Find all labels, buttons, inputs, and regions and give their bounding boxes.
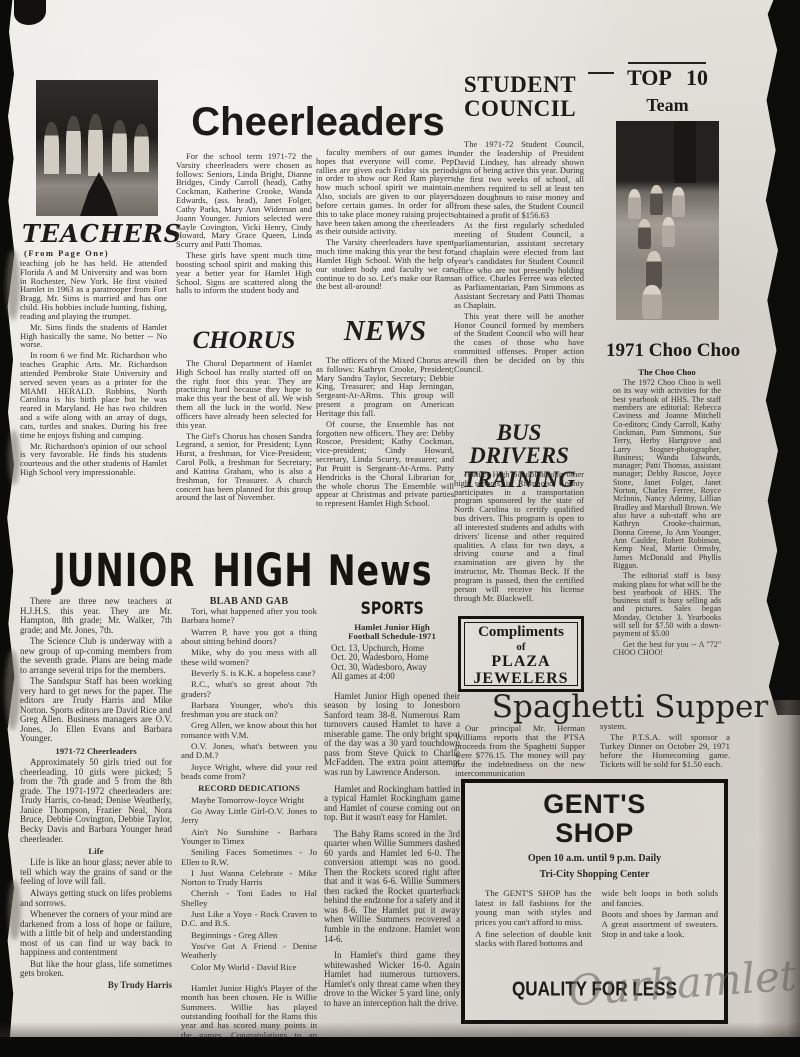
photo-figure xyxy=(112,120,127,172)
photo-figure xyxy=(628,189,641,219)
junior-paragraphs: Life is like an hour glass; never able t… xyxy=(20,858,172,978)
photo-figure xyxy=(650,185,663,215)
top10-team-photo xyxy=(616,121,719,320)
teachers-headline: TEACHERS xyxy=(22,219,164,248)
paragraph: A fine selection of double knit slacks w… xyxy=(475,930,592,949)
ad-line: PLAZA xyxy=(461,653,581,671)
headline-rule-fragment xyxy=(588,72,614,74)
junior-paragraphs: There are three new teachers at H.J.H.S.… xyxy=(20,597,172,744)
ad-line: of xyxy=(461,641,581,653)
paragraph: Hamlet and Rockingham battled in a typic… xyxy=(324,785,460,823)
top10-subheadline: Team xyxy=(615,95,720,116)
chorus-headline: CHORUS xyxy=(176,327,312,355)
plaza-jewelers-ad: Compliments of PLAZA JEWELERS xyxy=(458,616,584,692)
paragraph: But like the hour glass, life sometimes … xyxy=(20,960,172,979)
paragraph: system. xyxy=(600,722,730,731)
headline-rule xyxy=(628,62,706,64)
blab-and-gab-column: Tori, what happened after you took Barba… xyxy=(181,607,317,1051)
schedule-title: Football Schedule-1971 xyxy=(324,632,460,641)
junior-paragraphs: Approximately 50 girls tried out for che… xyxy=(20,758,172,844)
junior-high-news-headline: JUNIOR HIGH News xyxy=(25,549,457,592)
photo-figure xyxy=(662,217,675,247)
paragraph: The GENT'S SHOP has the latest in fall f… xyxy=(475,889,592,928)
junior-high-column: There are three new teachers at H.J.H.S.… xyxy=(20,597,172,990)
paragraph: At the first regularly scheduled meeting… xyxy=(454,221,584,309)
teachers-paragraphs: Mr. Sims finds the students of Hamlet Hi… xyxy=(20,323,167,477)
ad-line: JEWELERS xyxy=(461,670,581,688)
paragraph: The Varsity cheerleaders have spent much… xyxy=(316,238,454,291)
sports-column: Hamlet Junior High Football Schedule-197… xyxy=(324,620,460,1015)
teachers-group-photo xyxy=(36,80,158,216)
headline-word: HIGH xyxy=(213,544,314,596)
sports-paragraphs: Hamlet Junior High opened their season b… xyxy=(324,692,460,1008)
ink-smudge xyxy=(6,250,20,320)
paragraph: Barbara Younger, who's this freshman you… xyxy=(181,701,317,720)
cheerleaders-headline: Cheerleaders xyxy=(180,100,456,145)
choo-choo-subhead: The Choo Choo xyxy=(612,367,722,377)
spaghetti-column-1: Our principal Mr. Herman Williams report… xyxy=(455,724,585,780)
photo-figure xyxy=(66,116,81,174)
paragraph: Of course, the Ensemble has not forgotte… xyxy=(316,420,454,508)
photo-figure xyxy=(44,122,59,174)
record-dedications-subhead: RECORD DEDICATIONS xyxy=(181,784,317,793)
byline: By Trudy Harris xyxy=(20,981,172,991)
photo-figure xyxy=(642,285,662,319)
cheerleaders-column-2: faculty members of our games in hopes th… xyxy=(316,148,454,293)
paragraph: The 1971-72 Student Council, under the l… xyxy=(454,140,584,219)
paragraph: Warren P, have you got a thing about sit… xyxy=(181,628,317,647)
paragraph: The Science Club is underway with a new … xyxy=(20,637,172,675)
paragraph: Cherish - Toni Eades to Hal Shelley xyxy=(181,889,317,908)
paragraph: The P.T.S.A. will sponsor a Turkey Dinne… xyxy=(600,733,730,769)
teachers-kicker: (From Page One) xyxy=(22,248,166,258)
paragraph: These girls have spent much time boostin… xyxy=(176,251,312,295)
scan-shadow-bottom xyxy=(0,1022,800,1037)
paragraph: Maybe Tomorrow-Joyce Wright xyxy=(181,796,317,805)
photo-figure xyxy=(88,114,103,176)
ink-blot-top-left xyxy=(14,0,46,25)
spaghetti-supper-headline: Spaghetti Supper xyxy=(482,689,778,725)
paragraph: Color My World - David Rice xyxy=(181,963,317,972)
paragraph: Mr. Sims finds the students of Hamlet Hi… xyxy=(20,323,167,349)
teachers-article: teaching job he has held. He attended Fl… xyxy=(20,259,167,479)
gents-body: The GENT'S SHOP has the latest in fall f… xyxy=(475,889,718,951)
student-council-headline: STUDENT COUNCIL xyxy=(452,73,588,121)
paragraph: There are three new teachers at H.J.H.S.… xyxy=(20,597,172,635)
sports-headline-text: SPORTS xyxy=(360,598,423,619)
paragraph: You've Got A Friend - Denise Weatherly xyxy=(181,942,317,961)
gents-hours: Open 10 a.m. until 9 p.m. Daily xyxy=(465,853,724,864)
gents-column-2: wide belt loops in both solids and fanci… xyxy=(602,889,719,951)
paragraph: Always getting stuck on lifes problems a… xyxy=(20,889,172,908)
spaghetti-paragraphs: The P.T.S.A. will sponsor a Turkey Dinne… xyxy=(600,733,730,769)
paragraph: wide belt loops in both solids and fanci… xyxy=(602,889,719,908)
gents-location: Tri-City Shopping Center xyxy=(465,869,724,880)
headline-word: JUNIOR xyxy=(53,544,195,596)
paragraph: Tori, what happened after you took Barba… xyxy=(181,607,317,626)
chorus-article: The Choral Department of Hamlet High Sch… xyxy=(176,359,312,504)
paragraph: Get the best for you -- A "72" CHOO CHOO… xyxy=(613,641,721,658)
paragraph: Go Away Little Girl-O.V. Jones to Jerry xyxy=(181,807,317,826)
news-headline: NEWS xyxy=(316,315,454,348)
gents-column-1: The GENT'S SHOP has the latest in fall f… xyxy=(475,889,592,951)
newspaper-page: TEACHERS (From Page One) teaching job he… xyxy=(0,0,800,1057)
paragraph: Hamlet Junior High opened their season b… xyxy=(324,692,460,778)
paragraph: teaching job he has held. He attended Fl… xyxy=(20,259,167,321)
spaghetti-column-2: system. The P.T.S.A. will sponsor a Turk… xyxy=(600,722,730,771)
paragraph: The 1972 Choo Choo is well on its way wi… xyxy=(613,379,721,570)
paragraph: For the school term 1971-72 the Varsity … xyxy=(176,152,312,249)
paragraph: In room 6 we find Mr. Richardson who tea… xyxy=(20,351,167,439)
sports-headline: SPORTS xyxy=(324,599,460,618)
scan-edge-bottom xyxy=(0,1037,800,1057)
photo-figure xyxy=(646,251,662,289)
paragraph: The Choral Department of Hamlet High Sch… xyxy=(176,359,312,430)
paragraph: Beverly S. is K.K. a hopeless case? xyxy=(181,669,317,678)
top10-headline: TOP 10 xyxy=(615,65,720,91)
paragraph: The officers of the Mixed Chorus are as … xyxy=(316,356,454,418)
ad-title-line: GENT'S xyxy=(465,790,724,819)
dedication-items: Maybe Tomorrow-Joyce WrightGo Away Littl… xyxy=(181,796,317,972)
paragraph: Mr. Richardson's opinion of our school i… xyxy=(20,442,167,477)
cheerleaders-subhead: 1971-72 Cheerleaders xyxy=(20,747,172,756)
photo-shadow-figure xyxy=(80,172,118,216)
choo-choo-headline: 1971 Choo Choo xyxy=(606,340,726,362)
paragraph: O.V. Jones, what's between you and D.M.? xyxy=(181,742,317,761)
ad-title-line: SHOP xyxy=(465,819,724,848)
ink-smudge xyxy=(5,650,20,730)
paragraph: Greg Allen, we know about this hot roman… xyxy=(181,721,317,740)
paragraph: I Just Wanna Celebrate - Mike Norton to … xyxy=(181,869,317,888)
paragraph: Boots and shoes by Jarman and A great as… xyxy=(602,910,719,939)
gossip-items: Tori, what happened after you took Barba… xyxy=(181,607,317,781)
scan-edge-right xyxy=(762,0,800,715)
ink-smudge xyxy=(8,430,20,485)
photo-figure xyxy=(638,219,651,249)
paragraph: Joyce Wright, where did your red beads c… xyxy=(181,763,317,782)
paragraph: The Girl's Chorus has chosen Sandra Legr… xyxy=(176,432,312,503)
student-council-article: The 1971-72 Student Council, under the l… xyxy=(454,140,584,376)
paragraph: faculty members of our games in hopes th… xyxy=(316,148,454,236)
paragraph: R.C., what's so great about 7th graders? xyxy=(181,680,317,699)
paragraph: Our principal Mr. Herman Williams report… xyxy=(455,724,585,778)
paragraph: Smiling Faces Sometimes - Jo Ellen to R.… xyxy=(181,848,317,867)
photo-figure xyxy=(672,187,685,217)
ad-line: Compliments xyxy=(461,625,581,641)
paragraph: Just Like a Yoyo - Rock Craven to D.C. a… xyxy=(181,910,317,929)
paragraph: Hamlet High School among other high scho… xyxy=(454,470,584,602)
paragraph: All games at 4:00 xyxy=(324,672,460,682)
schedule-lines: Oct. 13, Upchurch, HomeOct. 20, Wadesbor… xyxy=(324,644,460,682)
paragraph: Life is like an hour glass; never able t… xyxy=(20,858,172,887)
paragraph: The editorial staff is busy making plans… xyxy=(613,572,721,639)
paragraph: The Sandspur Staff has been working very… xyxy=(20,677,172,744)
photo-doorway xyxy=(674,121,696,183)
paragraph: Mike, why do you mess with all these wil… xyxy=(181,648,317,667)
photo-figure xyxy=(134,124,149,172)
paragraph: This year there will be another Honor Co… xyxy=(454,312,584,374)
gents-shop-title: GENT'S SHOP xyxy=(465,790,724,848)
news-article: The officers of the Mixed Chorus are as … xyxy=(316,356,454,510)
paragraph: Approximately 50 girls tried out for che… xyxy=(20,758,172,844)
paragraph: The Baby Rams scored in the 3rd quarter … xyxy=(324,830,460,944)
cheerleaders-column-1: For the school term 1971-72 the Varsity … xyxy=(176,152,312,297)
paragraph: Beginnings - Greg Allen xyxy=(181,931,317,940)
paragraph: In Hamlet's third game they whitewashed … xyxy=(324,951,460,1008)
life-subhead: Life xyxy=(20,847,172,856)
choo-choo-article: The 1972 Choo Choo is well on its way wi… xyxy=(613,379,721,659)
paragraph: Whenever the corners of your mind are da… xyxy=(20,910,172,958)
headline-word: News xyxy=(328,548,433,596)
bus-drivers-article: Hamlet High School among other high scho… xyxy=(454,470,584,604)
paragraph: Ain't No Sunshine - Barbara Younger to T… xyxy=(181,828,317,847)
